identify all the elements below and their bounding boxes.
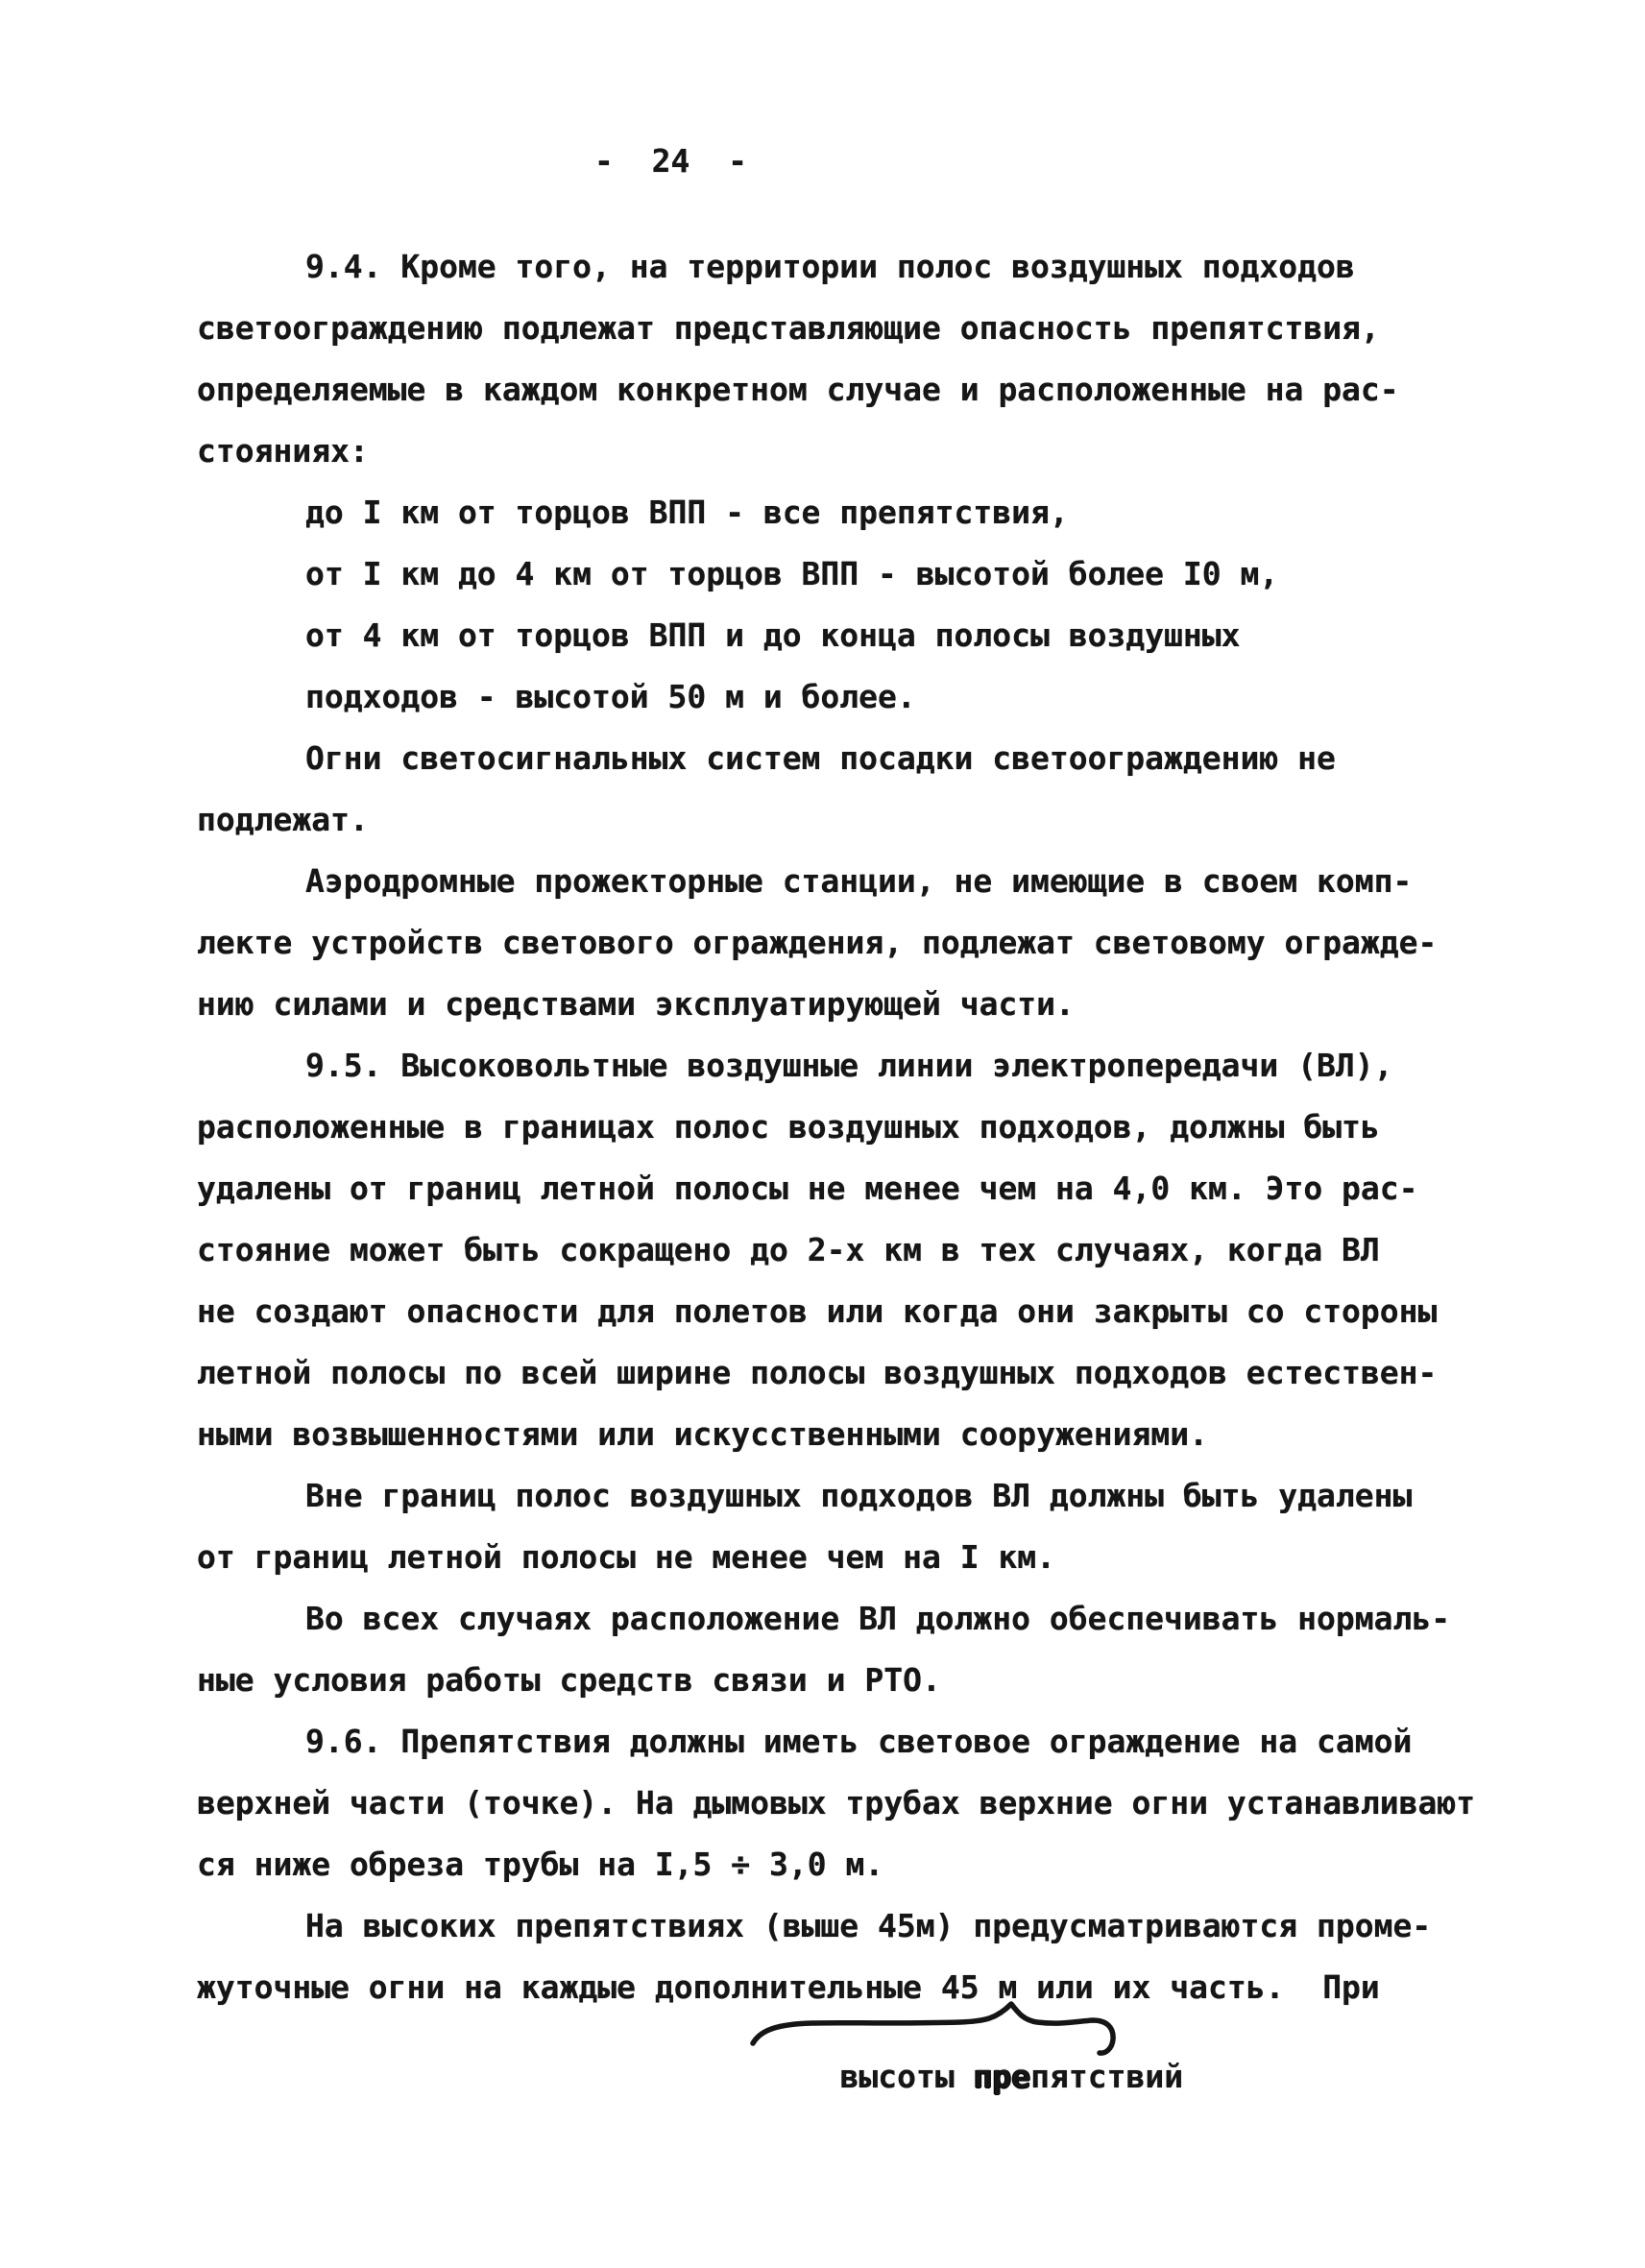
paragraph: Во всех случаях расположение ВЛ должно о… (197, 1588, 1541, 1711)
text-line: стояниях: (197, 421, 1541, 482)
text-line: Вне границ полос воздушных подходов ВЛ д… (197, 1465, 1541, 1527)
text-line: не создают опасности для полетов или ког… (197, 1281, 1541, 1342)
page-number: - 24 - (594, 142, 747, 181)
text-line: нию силами и средствами эксплуатирующей … (197, 974, 1541, 1035)
paragraph: 9.5. Высоковольтные воздушные линии элек… (197, 1035, 1541, 1465)
text-line: удалены от границ летной полосы не менее… (197, 1158, 1541, 1219)
text-line: Аэродромные прожекторные станции, не име… (197, 851, 1541, 912)
text-line: 9.5. Высоковольтные воздушные линии элек… (197, 1035, 1541, 1097)
paragraph: 9.6. Препятствия должны иметь световое о… (197, 1711, 1541, 1895)
document-body: 9.4. Кроме того, на территории полос воз… (197, 236, 1541, 2018)
text-line: подлежат. (197, 789, 1541, 851)
paragraph: Вне границ полос воздушных подходов ВЛ д… (197, 1465, 1541, 1588)
text-line: от границ летной полосы не менее чем на … (197, 1527, 1541, 1588)
text-line: подходов - высотой 50 м и более. (197, 666, 1541, 728)
text-line: Во всех случаях расположение ВЛ должно о… (197, 1588, 1541, 1650)
paragraph: Аэродромные прожекторные станции, не име… (197, 851, 1541, 1035)
text-line: Огни светосигнальных систем посадки свет… (197, 728, 1541, 789)
text-line: верхней части (точке). На дымовых трубах… (197, 1773, 1541, 1834)
text-line: расположенные в границах полос воздушных… (197, 1097, 1541, 1158)
text-line: от 4 км от торцов ВПП и до конца полосы … (197, 605, 1541, 666)
scanned-document-page: - 24 - 9.4. Кроме того, на территории по… (0, 0, 1645, 2268)
insertion-caret-curve-icon (739, 1995, 1124, 2072)
text-line: стояние может быть сокращено до 2-х км в… (197, 1219, 1541, 1281)
distance-list: до I км от торцов ВПП - все препятствия,… (197, 482, 1541, 728)
text-line: ными возвышенностями или искусственными … (197, 1404, 1541, 1465)
paragraph: Огни светосигнальных систем посадки свет… (197, 728, 1541, 851)
text-line: светоограждению подлежат представляющие … (197, 298, 1541, 359)
text-line: На высоких препятствиях (выше 45м) преду… (197, 1895, 1541, 1957)
text-line: 9.6. Препятствия должны иметь световое о… (197, 1711, 1541, 1773)
text-line: лекте устройств светового ограждения, по… (197, 912, 1541, 974)
text-line: ся ниже обреза трубы на I,5 ÷ 3,0 м. (197, 1834, 1541, 1895)
text-line: определяемые в каждом конкретном случае … (197, 359, 1541, 421)
text-line: ные условия работы средств связи и РТО. (197, 1650, 1541, 1711)
text-line: до I км от торцов ВПП - все препятствия, (197, 482, 1541, 543)
paragraph: 9.4. Кроме того, на территории полос воз… (197, 236, 1541, 482)
text-line: от I км до 4 км от торцов ВПП - высотой … (197, 543, 1541, 605)
text-line: 9.4. Кроме того, на территории полос воз… (197, 236, 1541, 298)
text-line: летной полосы по всей ширине полосы возд… (197, 1342, 1541, 1404)
